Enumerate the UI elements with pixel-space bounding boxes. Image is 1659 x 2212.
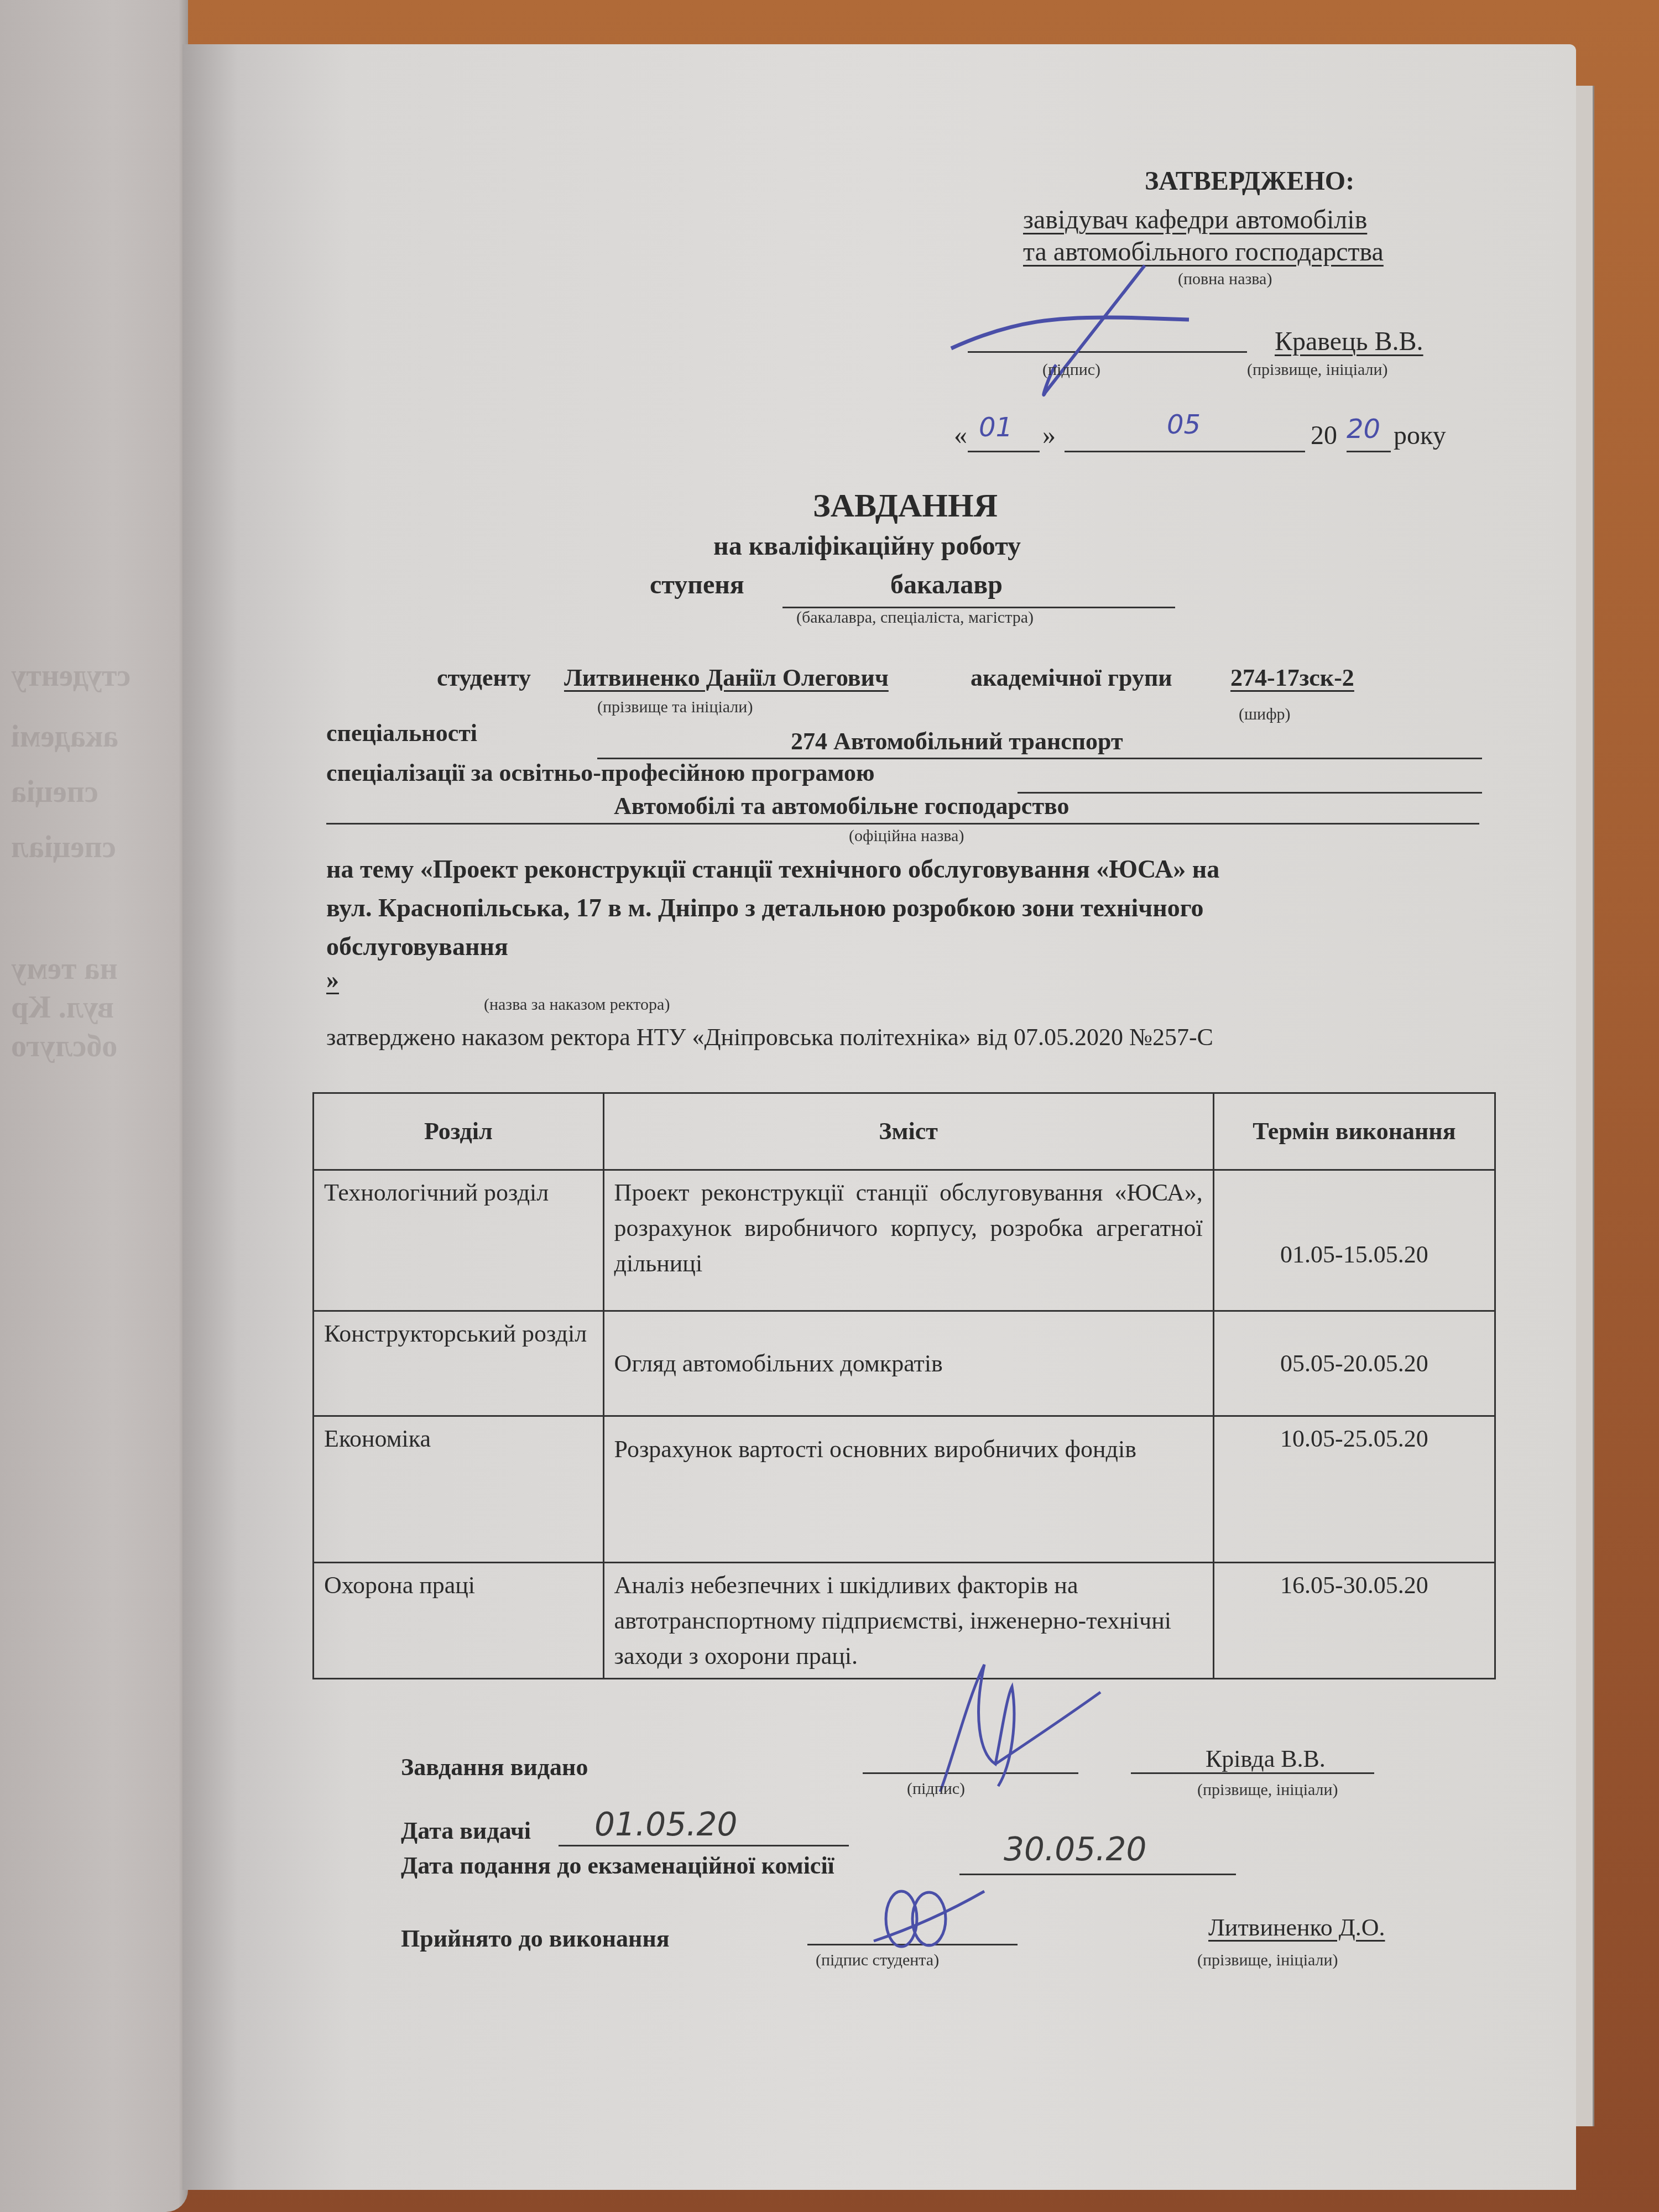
accepted-label: Прийнято до виконання xyxy=(401,1924,670,1953)
page-stack-edge xyxy=(1576,86,1594,2126)
row-section: Економіка xyxy=(314,1416,604,1563)
degree-label: ступеня xyxy=(650,570,744,600)
document-title: ЗАВДАННЯ xyxy=(813,487,998,525)
approval-year-prefix: 20 xyxy=(1311,420,1337,451)
student-name-short: Литвиненко Д.О. xyxy=(1208,1913,1385,1942)
issued-label: Завдання видано xyxy=(401,1753,588,1781)
approval-signer-name: Кравець В.В. xyxy=(1275,326,1423,357)
approval-month-line xyxy=(1065,451,1305,452)
approval-date-quote-open: « xyxy=(954,420,967,451)
row-section: Технологічний розділ xyxy=(314,1170,604,1311)
row-section: Охорона праці xyxy=(314,1563,604,1679)
issuer-name-caption: (прізвище, ініціали) xyxy=(1197,1781,1338,1799)
tasks-table: Розділ Зміст Термін виконання Технологіч… xyxy=(312,1092,1496,1679)
row-content: Проект реконструкції станції обслуговува… xyxy=(603,1170,1213,1311)
approval-day-line xyxy=(968,451,1040,452)
approval-date-day: 01 xyxy=(979,412,1013,443)
program-caption: (офіційна назва) xyxy=(849,827,964,846)
header-section: Розділ xyxy=(314,1093,604,1170)
row-term: 05.05-20.05.20 xyxy=(1213,1311,1495,1416)
approval-position-line1: завідувач кафедри автомобілів xyxy=(1023,205,1367,235)
row-term: 16.05-30.05.20 xyxy=(1213,1563,1495,1679)
approval-signature-icon xyxy=(946,260,1255,437)
program-value-line xyxy=(326,823,1479,825)
table-row: Економіка Розрахунок вартості основних в… xyxy=(314,1416,1495,1563)
issue-date-value: 01.05.20 xyxy=(594,1806,737,1843)
row-term: 10.05-25.05.20 xyxy=(1213,1416,1495,1563)
student-name-caption: (прізвище та ініціали) xyxy=(597,698,753,717)
student-signature-caption: (підпис студента) xyxy=(816,1951,939,1970)
approval-name-caption: (прізвище, ініціали) xyxy=(1247,361,1388,379)
submission-date-label: Дата подання до екзаменаційної комісії xyxy=(401,1851,834,1880)
facing-page: студенту академі спеціа спеціал на тему … xyxy=(0,0,188,2212)
program-value: Автомобілі та автомобільне господарство xyxy=(614,792,1069,820)
row-content: Розрахунок вартості основних виробничих … xyxy=(603,1416,1213,1563)
issued-signature-caption: (підпис) xyxy=(907,1780,965,1798)
topic-line2: вул. Краснопільська, 17 в м. Дніпро з де… xyxy=(326,893,1203,922)
document-subtitle: на кваліфікаційну роботу xyxy=(713,531,1021,561)
bleed-through-text: академі xyxy=(11,719,118,754)
approval-year-word: року xyxy=(1394,420,1446,451)
header-term: Термін виконання xyxy=(1213,1093,1495,1170)
student-name: Литвиненко Даніїл Олегович xyxy=(564,664,889,692)
approval-heading: ЗАТВЕРДЖЕНО: xyxy=(1145,166,1354,196)
approval-year-suffix: 20 xyxy=(1347,414,1380,445)
table-row: Конструкторський розділ Огляд автомобіль… xyxy=(314,1311,1495,1416)
program-label: спеціалізації за освітньо-професійною пр… xyxy=(326,759,875,787)
row-section: Конструкторський розділ xyxy=(314,1311,604,1416)
approval-signature-caption: (підпис) xyxy=(1042,361,1100,379)
topic-closing-quote: » xyxy=(326,965,339,994)
bleed-through-text: спеціал xyxy=(11,830,116,865)
header-content: Зміст xyxy=(603,1093,1213,1170)
bleed-through-text: на тему xyxy=(11,951,118,987)
submission-date-value: 30.05.20 xyxy=(1004,1830,1146,1868)
bleed-through-text: обслуго xyxy=(11,1029,117,1064)
topic-line3: обслуговування xyxy=(326,932,508,961)
issue-date-line xyxy=(559,1845,849,1846)
row-content: Огляд автомобільних домкратів xyxy=(603,1311,1213,1416)
submission-date-line xyxy=(959,1874,1236,1875)
approval-date-quote-close: » xyxy=(1042,420,1056,451)
student-name-caption-footer: (прізвище, ініціали) xyxy=(1197,1951,1338,1970)
group-caption: (шифр) xyxy=(1239,705,1291,724)
program-label-line xyxy=(1018,792,1482,794)
topic-caption: (назва за наказом ректора) xyxy=(484,995,670,1014)
topic-line1: на тему «Проект реконструкції станції те… xyxy=(326,854,1219,884)
issuer-name: Крівда В.В. xyxy=(1206,1745,1326,1773)
row-term: 01.05-15.05.20 xyxy=(1213,1170,1495,1311)
student-label: студенту xyxy=(437,664,531,692)
approval-year-line xyxy=(1347,451,1391,452)
table-header-row: Розділ Зміст Термін виконання xyxy=(314,1093,1495,1170)
approval-date-month: 05 xyxy=(1167,409,1201,440)
table-row: Технологічний розділ Проект реконструкці… xyxy=(314,1170,1495,1311)
bleed-through-text: студенту xyxy=(11,658,131,693)
degree-caption: (бакалавра, спеціаліста, магістра) xyxy=(796,608,1034,627)
group-label: академічної групи xyxy=(971,664,1172,692)
specialty-label: спеціальності xyxy=(326,719,477,747)
issue-date-label: Дата видачі xyxy=(401,1817,531,1845)
rector-order: затверджено наказом ректора НТУ «Дніпров… xyxy=(326,1023,1213,1051)
specialty-value: 274 Автомобільний транспорт xyxy=(791,727,1123,755)
group-code: 274-17зск-2 xyxy=(1230,664,1354,692)
bleed-through-text: вул. Кр xyxy=(11,990,114,1025)
degree-value: бакалавр xyxy=(890,570,1003,600)
bleed-through-text: спеціа xyxy=(11,774,98,810)
